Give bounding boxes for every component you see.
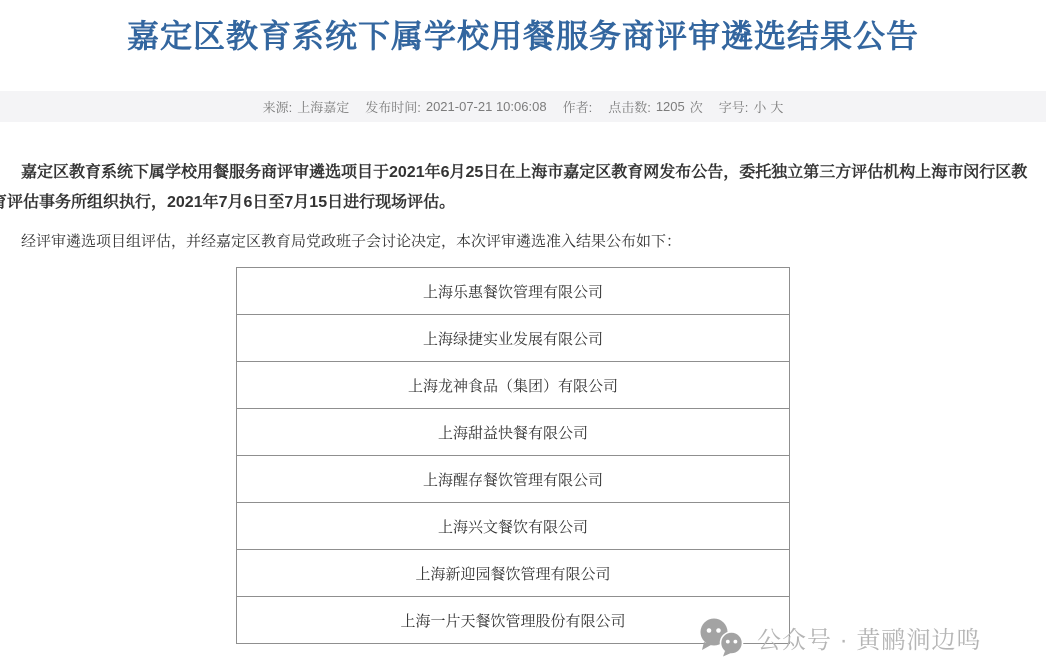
meta-author-label: 作者: (563, 97, 593, 116)
font-size-small-link[interactable]: 小 (753, 97, 766, 116)
company-cell: 上海醒存餐饮管理有限公司 (237, 456, 790, 503)
chat-bubbles-icon (696, 617, 748, 657)
paragraph-2: 经评审遴选项目组评估，并经嘉定区教育局党政班子会讨论决定，本次评审遴选准入结果公… (21, 230, 681, 254)
meta-fontsize-label: 字号: (719, 97, 749, 116)
article-meta-bar: 来源: 上海嘉定 发布时间: 2021-07-21 10:06:08 作者: 点… (0, 91, 1046, 122)
meta-hits-value: 1205 (656, 99, 685, 114)
meta-hits: 点击数: 1205 次 (608, 97, 703, 116)
company-result-table: 上海乐惠餐饮管理有限公司 上海绿捷实业发展有限公司 上海龙神食品（集团）有限公司… (236, 267, 790, 644)
meta-time-value: 2021-07-21 10:06:08 (426, 99, 547, 114)
table-row: 上海乐惠餐饮管理有限公司 (237, 268, 790, 315)
meta-time-label: 发布时间: (365, 97, 421, 116)
table-row: 上海甜益快餐有限公司 (237, 409, 790, 456)
company-cell: 上海新迎园餐饮管理有限公司 (237, 550, 790, 597)
company-cell: 上海绿捷实业发展有限公司 (237, 315, 790, 362)
table-row: 上海绿捷实业发展有限公司 (237, 315, 790, 362)
meta-source: 来源: 上海嘉定 (263, 97, 350, 116)
table-row: 上海兴文餐饮有限公司 (237, 503, 790, 550)
table-row: 上海新迎园餐饮管理有限公司 (237, 550, 790, 597)
wechat-account-watermark: 公众号 · 黄鹂涧边鸣 (696, 617, 981, 657)
company-cell: 上海甜益快餐有限公司 (237, 409, 790, 456)
company-cell: 上海乐惠餐饮管理有限公司 (237, 268, 790, 315)
company-cell: 上海兴文餐饮有限公司 (237, 503, 790, 550)
page-title: 嘉定区教育系统下属学校用餐服务商评审遴选结果公告 (0, 16, 1046, 58)
meta-hits-label: 点击数: (608, 97, 651, 116)
table-row: 上海醒存餐饮管理有限公司 (237, 456, 790, 503)
meta-author: 作者: (563, 97, 593, 116)
meta-source-value: 上海嘉定 (297, 97, 349, 116)
table-row: 上海龙神食品（集团）有限公司 (237, 362, 790, 409)
font-size-large-link[interactable]: 大 (770, 97, 783, 116)
meta-publish-time: 发布时间: 2021-07-21 10:06:08 (365, 97, 546, 116)
meta-source-label: 来源: (263, 97, 293, 116)
company-cell: 上海龙神食品（集团）有限公司 (237, 362, 790, 409)
paragraph-1-line-1: 嘉定区教育系统下属学校用餐服务商评审遴选项目于2021年6月25日在上海市嘉定区… (21, 161, 1027, 185)
watermark-text: 公众号 · 黄鹂涧边鸣 (757, 620, 981, 655)
announcement-page: 嘉定区教育系统下属学校用餐服务商评审遴选结果公告 来源: 上海嘉定 发布时间: … (0, 0, 1046, 660)
meta-hits-unit: 次 (690, 97, 703, 116)
meta-fontsize: 字号: 小 大 (719, 97, 784, 116)
paragraph-1-line-2: 育评估事务所组织执行，2021年7月6日至7月15日进行现场评估。 (0, 191, 455, 215)
